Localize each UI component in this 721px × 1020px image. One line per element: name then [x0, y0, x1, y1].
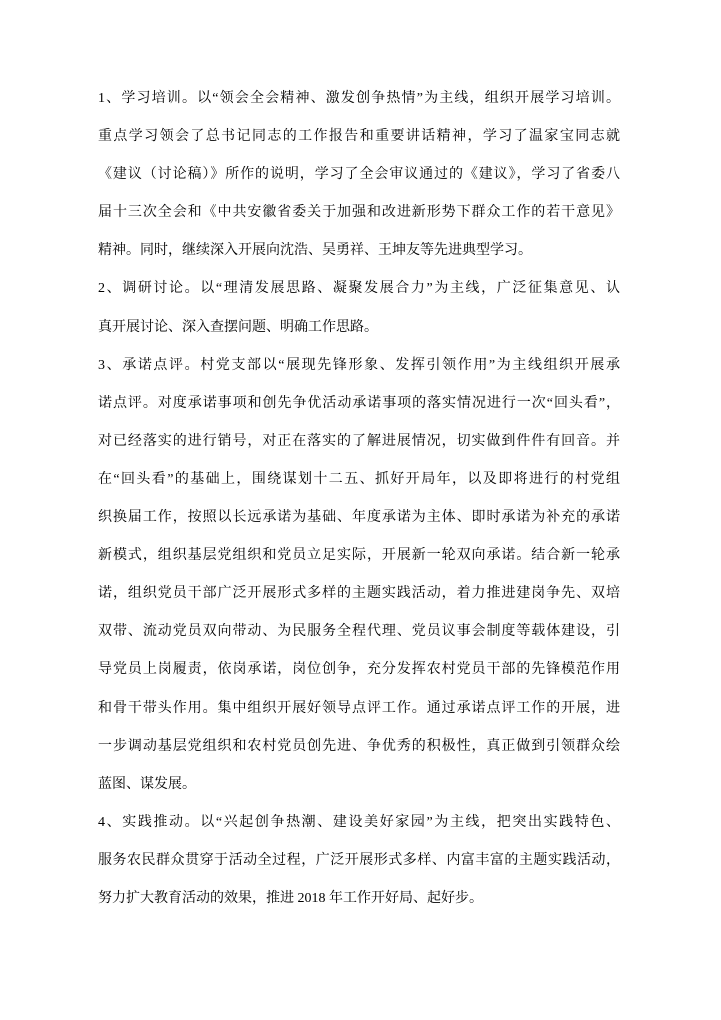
text-line: 3、承诺点评。村党支部以“展现先锋形象、发挥引领作用”为主线组织开展承 [98, 347, 620, 385]
text-line: 届十三次全会和《中共安徽省委关于加强和改进新形势下群众工作的若干意见》 [98, 194, 620, 232]
text-line: 努力扩大教育活动的效果，推进 2018 年工作开好局、起好步。 [98, 880, 620, 918]
text-line: 在“回头看”的基础上，围绕谋划十二五、抓好开局年，以及即将进行的村党组 [98, 461, 620, 499]
text-line: 《建议（讨论稿）》所作的说明，学习了全会审议通过的《建议》，学习了省委八 [98, 156, 620, 194]
paragraph-3: 3、承诺点评。村党支部以“展现先锋形象、发挥引领作用”为主线组织开展承诺点评。对… [98, 347, 620, 804]
text-line: 诺点评。对度承诺事项和创先争优活动承诺事项的落实情况进行一次“回头看”， [98, 385, 620, 423]
text-line: 精神。同时，继续深入开展向沈浩、吴勇祥、王坤友等先进典型学习。 [98, 232, 620, 270]
text-line: 新模式，组织基层党组织和党员立足实际，开展新一轮双向承诺。结合新一轮承 [98, 537, 620, 575]
text-line: 2、调研讨论。以“理清发展思路、凝聚发展合力”为主线，广泛征集意见、认 [98, 270, 620, 308]
text-line: 对已经落实的进行销号，对正在落实的了解进展情况，切实做到件件有回音。并 [98, 423, 620, 461]
text-line: 织换届工作，按照以长远承诺为基础、年度承诺为主体、即时承诺为补充的承诺 [98, 499, 620, 537]
text-line: 蓝图、谋发展。 [98, 766, 620, 804]
document-page: 1、学习培训。以“领会全会精神、激发创争热情”为主线，组织开展学习培训。重点学习… [0, 0, 721, 1020]
text-line: 4、实践推动。以“兴起创争热潮、建设美好家园”为主线，把突出实践特色、 [98, 804, 620, 842]
paragraph-4: 4、实践推动。以“兴起创争热潮、建设美好家园”为主线，把突出实践特色、服务农民群… [98, 804, 620, 918]
text-line: 双带、流动党员双向带动、为民服务全程代理、党员议事会制度等载体建设，引 [98, 613, 620, 651]
paragraph-2: 2、调研讨论。以“理清发展思路、凝聚发展合力”为主线，广泛征集意见、认真开展讨论… [98, 270, 620, 346]
text-line: 重点学习领会了总书记同志的工作报告和重要讲话精神，学习了温家宝同志就 [98, 118, 620, 156]
text-line: 1、学习培训。以“领会全会精神、激发创争热情”为主线，组织开展学习培训。 [98, 80, 620, 118]
paragraph-1: 1、学习培训。以“领会全会精神、激发创争热情”为主线，组织开展学习培训。重点学习… [98, 80, 620, 270]
text-line: 服务农民群众贯穿于活动全过程，广泛开展形式多样、内富丰富的主题实践活动， [98, 842, 620, 880]
text-line: 诺，组织党员干部广泛开展形式多样的主题实践活动，着力推进建岗争先、双培 [98, 575, 620, 613]
text-line: 真开展讨论、深入查摆问题、明确工作思路。 [98, 309, 620, 347]
text-line: 和骨干带头作用。集中组织开展好领导点评工作。通过承诺点评工作的开展，进 [98, 690, 620, 728]
text-line: 一步调动基层党组织和农村党员创先进、争优秀的积极性，真正做到引领群众绘 [98, 728, 620, 766]
text-line: 导党员上岗履责，依岗承诺，岗位创争，充分发挥农村党员干部的先锋模范作用 [98, 651, 620, 689]
document-body: 1、学习培训。以“领会全会精神、激发创争热情”为主线，组织开展学习培训。重点学习… [98, 80, 620, 918]
